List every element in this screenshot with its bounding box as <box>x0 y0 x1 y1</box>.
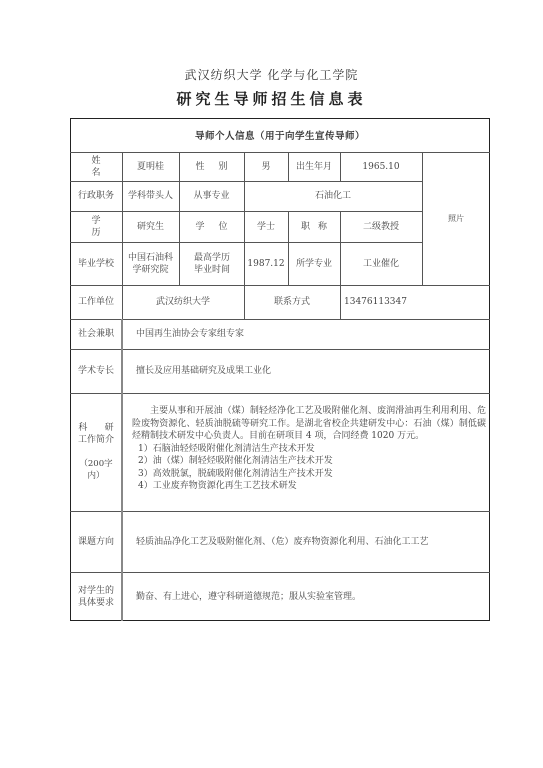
research-item: 3）高效脱氯，脱硫吸附催化剂清洁生产技术开发 <box>132 468 486 481</box>
name-label: 姓名 <box>70 152 122 181</box>
field-value: 石油化工 <box>244 181 422 211</box>
social-value: 中国再生油协会专家组专家 <box>122 319 490 349</box>
expertise-value: 擅长及应用基础研究及成果工业化 <box>122 349 490 393</box>
admin-value: 学科带头人 <box>125 181 176 211</box>
research-paragraph: 主要从事和开展油（煤）制轻烃净化工艺及吸附催化剂、废润滑油再生利用利用、危险废物… <box>132 405 486 443</box>
research-intro: 主要从事和开展油（煤）制轻烃净化工艺及吸附催化剂、废润滑油再生利用利用、危险废物… <box>132 405 486 493</box>
school-value: 中国石油科学研究院 <box>126 242 175 285</box>
gender-value: 男 <box>244 152 288 181</box>
page-title: 研究生导师招生信息表 <box>0 88 543 109</box>
requirements-label: 对学生的具体要求 <box>74 572 118 621</box>
photo-placeholder: 照片 <box>422 152 490 285</box>
major-label: 所学专业 <box>288 242 340 285</box>
admin-label: 行政职务 <box>70 181 122 211</box>
row-divider <box>70 393 490 394</box>
birth-value: 1965.10 <box>340 152 422 181</box>
research-item: 1）石脑油轻烃吸附催化剂清洁生产技术开发 <box>132 443 486 456</box>
name-value: 夏明桂 <box>122 152 179 181</box>
section-title: 导师个人信息（用于向学生宣传导师） <box>70 118 490 152</box>
grad-time-label: 最高学历毕业时间 <box>190 242 234 285</box>
title-value: 二级教授 <box>340 211 422 242</box>
research-label-note: （200字内） <box>79 458 113 482</box>
major-value: 工业催化 <box>340 242 422 285</box>
topics-label: 课题方向 <box>70 511 122 572</box>
education-value: 研究生 <box>122 211 179 242</box>
unit-value: 武汉纺织大学 <box>122 285 244 319</box>
research-item: 2）油（煤）制轻烃吸附催化剂清洁生产技术开发 <box>132 455 486 468</box>
expertise-label: 学术专长 <box>70 349 122 393</box>
contact-value: 13476113347 <box>340 285 490 319</box>
degree-label: 学位 <box>179 211 244 242</box>
requirements-value: 勤奋、有上进心，遵守科研道德规范；服从实验室管理。 <box>122 572 490 621</box>
grad-time-value: 1987.12 <box>244 242 288 285</box>
field-label: 从事专业 <box>179 181 244 211</box>
unit-label: 工作单位 <box>70 285 122 319</box>
degree-value: 学士 <box>244 211 288 242</box>
school-subtitle: 武汉纺织大学 化学与化工学院 <box>0 66 543 83</box>
gender-label: 性别 <box>179 152 244 181</box>
research-item: 4）工业废弃物资源化再生工艺技术研发 <box>132 480 486 493</box>
research-label: 科 研 工作简介 （200字内） <box>70 393 122 511</box>
title-label: 职称 <box>288 211 340 242</box>
education-label: 学历 <box>70 211 122 242</box>
topics-value: 轻质油品净化工艺及吸附催化剂、（危）废弃物资源化利用、石油化工工艺 <box>122 511 490 572</box>
research-label-line1: 科 研 <box>78 422 113 434</box>
social-label: 社会兼职 <box>70 319 122 349</box>
birth-label: 出生年月 <box>288 152 340 181</box>
school-label: 毕业学校 <box>70 242 122 285</box>
contact-label: 联系方式 <box>244 285 340 319</box>
research-label-line2: 工作简介 <box>78 434 114 446</box>
